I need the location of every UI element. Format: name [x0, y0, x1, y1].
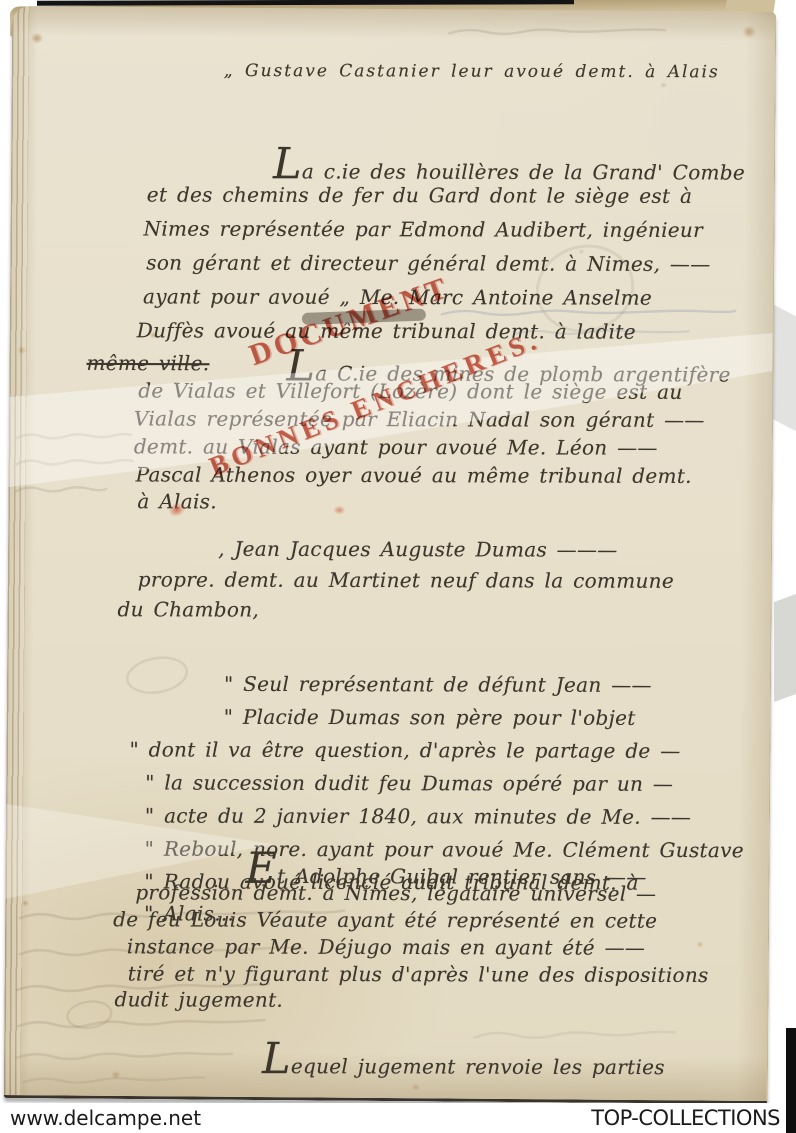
manuscript-line-p1-2: et des chemins de fer du Gard dont le si… [147, 183, 692, 208]
manuscript-line-p5-5: tiré et n'y figurant plus d'après l'une … [128, 961, 709, 987]
manuscript: „ Gustave Castanier leur avoué demt. à A… [4, 6, 776, 1101]
manuscript-line-p5-3: de feu Louis Véaute ayant été représenté… [113, 907, 657, 932]
manuscript-line-p5-4: instance par Me. Déjugo mais en ayant ét… [127, 934, 645, 959]
manuscript-line-p6-1: Lequel jugement renvoie les parties [262, 1044, 665, 1079]
manuscript-line-p4-3: " dont il va être question, d'après le p… [129, 737, 680, 762]
scanner-margin-shadow [774, 594, 796, 702]
manuscript-line-p5-6: dudit jugement. [114, 987, 283, 1011]
manuscript-line-p1-3: Nimes représentée par Edmond Audibert, i… [144, 217, 703, 242]
manuscript-line-p3-3: du Chambon, [118, 597, 260, 621]
manuscript-line-p1-4: son gérant et directeur général demt. à … [146, 251, 710, 276]
manuscript-line-p5-2: profession demt. à Nimes, légataire univ… [135, 880, 656, 905]
scanned-manuscript-photo: „ Gustave Castanier leur avoué demt. à A… [0, 0, 796, 1133]
manuscript-line-p4-1: " Seul représentant de défunt Jean —— [224, 672, 652, 697]
manuscript-line-p2-3: Vialas représentée par Eliacin Nadal son… [134, 406, 705, 431]
manuscript-line-p1-1: La c.ie des houillères de la Grand' Comb… [273, 149, 745, 184]
manuscript-line-header-1: „ Gustave Castanier leur avoué demt. à A… [224, 61, 720, 82]
watermark-brand: TOP-COLLECTIONS [591, 1106, 796, 1130]
manuscript-line-p1-7: même ville. [86, 351, 209, 375]
manuscript-line-p3-2: propre. demt. au Martinet neuf dans la c… [138, 567, 674, 592]
watermark-site: www.delcampe.net [0, 1106, 201, 1130]
watermark-bar: www.delcampe.net TOP-COLLECTIONS [0, 1103, 796, 1133]
scan-right-black-bar [786, 1028, 796, 1133]
document-page: „ Gustave Castanier leur avoué demt. à A… [4, 6, 777, 1104]
manuscript-line-p4-2: " Placide Dumas son père pour l'objet [224, 705, 636, 730]
red-ink-smudge [333, 506, 345, 515]
manuscript-line-p3-1: ‚ Jean Jacques Auguste Dumas ——— [218, 537, 618, 562]
scanner-margin-shadow [772, 304, 796, 432]
manuscript-line-p4-5: " acte du 2 janvier 1840, aux minutes de… [145, 804, 691, 829]
manuscript-line-p4-4: " la succession dudit feu Dumas opéré pa… [145, 770, 673, 795]
